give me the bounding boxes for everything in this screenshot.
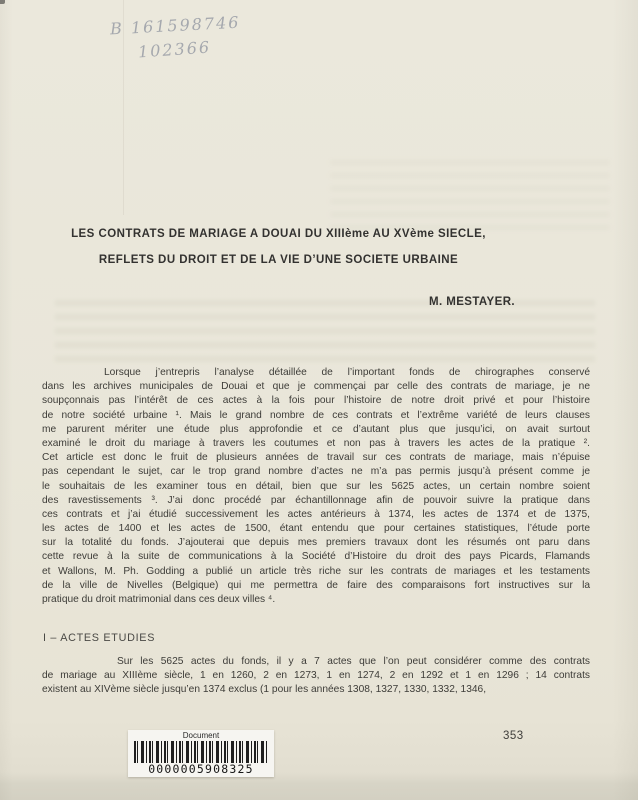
text-line: Lorsque j’entrepris l’analyse détaillée … [42, 366, 590, 380]
text-line: sur la totalité du fonds. J’ajouterai qu… [42, 536, 590, 550]
show-through-texture [330, 160, 610, 230]
text-line: le souhaitais de les examiner tous en dé… [42, 480, 590, 494]
text-line: me parurent mériter une étude plus appro… [42, 423, 590, 437]
text-line: soupçonnais pas l’intérêt de ces actes à… [42, 394, 590, 408]
barcode-image [134, 741, 268, 763]
barcode-number: 0000005908325 [148, 763, 254, 776]
article-title-line1: LES CONTRATS DE MARIAGE A DOUAI DU XIIIè… [42, 228, 515, 240]
article-title-line2: REFLETS DU DROIT ET DE LA VIE D’UNE SOCI… [42, 254, 515, 266]
text-line: Cet article est donc le fruit de plusieu… [42, 451, 590, 465]
section-heading: I – ACTES ETUDIES [43, 632, 155, 644]
body-paragraph-1: Lorsque j’entrepris l’analyse détaillée … [42, 366, 590, 607]
text-line: ces contrats et j’ai étudié successiveme… [42, 508, 590, 522]
text-line: pas cependant le sujet, car le trop gran… [42, 465, 590, 479]
show-through-texture [55, 300, 595, 362]
handwritten-accession-number-2: 102366 [137, 37, 211, 61]
page-number: 353 [503, 730, 524, 742]
text-line: les actes de 1400 et les actes de 1500, … [42, 522, 590, 536]
body-paragraph-2: Sur les 5625 actes du fonds, il y a 7 ac… [42, 655, 590, 698]
text-line: de notre société urbaine ¹. Mais le gran… [42, 409, 590, 423]
text-line: de la ville de Nivelles (Belgique) qui m… [42, 579, 590, 593]
barcode-label: Document [183, 731, 219, 740]
handwritten-accession-number-1: B 161598746 [110, 13, 241, 39]
document-page: B 161598746 102366 LES CONTRATS DE MARIA… [0, 0, 638, 800]
text-line: examiné le droit du mariage à travers le… [42, 437, 590, 451]
text-line: cette revue à la suite de communications… [42, 550, 590, 564]
barcode-sticker: Document 0000005908325 [128, 730, 274, 777]
author-name: M. MESTAYER. [42, 296, 515, 308]
text-line: des ravestissements ³. J’ai donc procédé… [42, 494, 590, 508]
text-line: de mariage au XIIIème siècle, 1 en 1260,… [42, 669, 590, 683]
text-line: Sur les 5625 actes du fonds, il y a 7 ac… [42, 655, 590, 669]
text-line: pratique du droit matrimonial dans ces d… [42, 593, 590, 607]
text-line: existent au XIVème siècle jusqu’en 1374 … [42, 683, 590, 697]
scan-corner-mark [0, 0, 5, 4]
text-line: et Wallons, M. Ph. Godding a publié un a… [42, 565, 590, 579]
text-line: dans les archives municipales de Douai e… [42, 380, 590, 394]
